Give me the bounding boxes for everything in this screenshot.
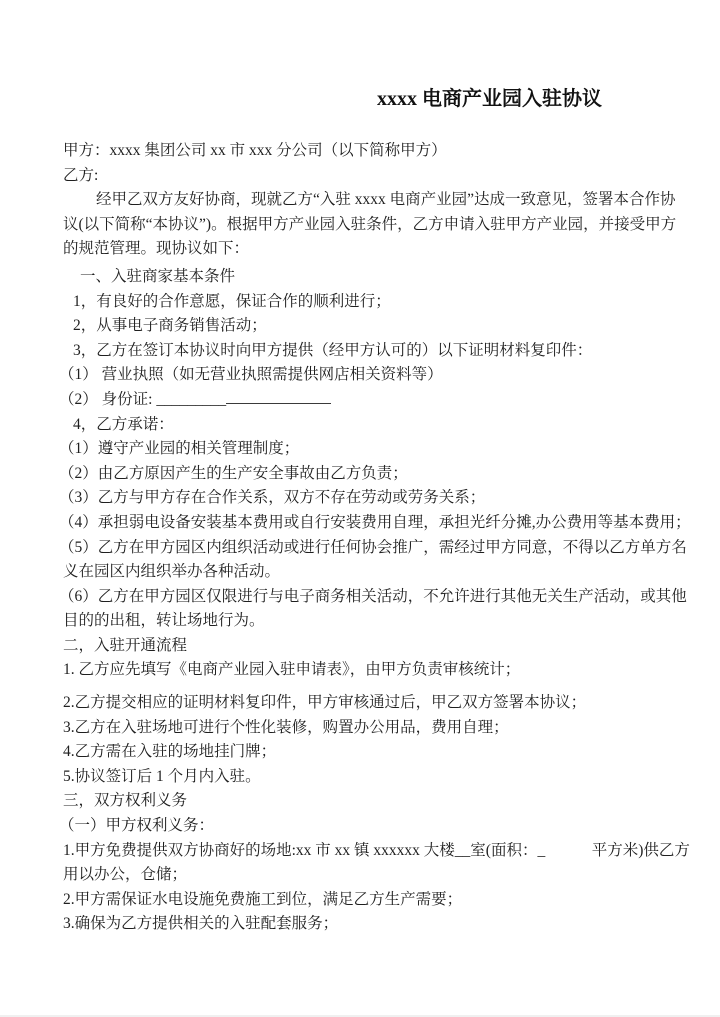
list-item: 3.确保为乙方提供相关的入驻配套服务；	[63, 912, 680, 937]
id-card-line: （2） 身份证: _________	[59, 388, 680, 413]
list-subitem: （1） 营业执照（如无营业执照需提供网店相关资料等）	[59, 363, 680, 388]
section-1-heading: 一、入驻商家基本条件	[63, 265, 680, 290]
document-page: xxxx 电商产业园入驻协议 甲方：xxxx 集团公司 xx 市 xxx 分公司…	[0, 0, 720, 937]
id-card-underscores: _________	[156, 391, 226, 408]
document-body: 甲方：xxxx 集团公司 xx 市 xxx 分公司（以下简称甲方） 乙方: 经甲…	[63, 139, 680, 937]
preamble-line: 议(以下简称“本协议”)。根据甲方产业园入驻条件，乙方申请入驻甲方产业园，并接受…	[63, 213, 680, 238]
list-subitem-cont: 目的的出租，转让场地行为。	[63, 609, 680, 634]
preamble-line: 经甲乙双方友好协商，现就乙方“入驻 xxxx 电商产业园”达成一致意见，签署本合…	[63, 188, 680, 213]
list-subitem-cont: 义在园区内组织举办各种活动。	[63, 560, 680, 585]
preamble-line: 的规范管理。现协议如下：	[63, 237, 680, 262]
party-a-line: 甲方：xxxx 集团公司 xx 市 xxx 分公司（以下简称甲方）	[63, 139, 680, 164]
subsection-heading: （一）甲方权利义务：	[59, 814, 680, 839]
list-item: 4，乙方承诺：	[63, 413, 680, 438]
list-subitem: （1）遵守产业园的相关管理制度；	[59, 437, 680, 462]
list-subitem: （6）乙方在甲方园区仅限进行与电子商务相关活动，不允许进行其他无关生产活动，或其…	[59, 585, 680, 610]
list-item: 2.甲方需保证水电设施免费施工到位，满足乙方生产需要；	[63, 888, 680, 913]
list-subitem: （5）乙方在甲方园区内组织活动或进行任何协会推广，需经过甲方同意，不得以乙方单方…	[59, 536, 680, 561]
party-b-line: 乙方:	[63, 164, 680, 189]
list-item: 5.协议签订后 1 个月内入驻。	[63, 765, 680, 790]
list-item: 2.乙方提交相应的证明材料复印件，甲方审核通过后，甲乙双方签署本协议；	[63, 691, 680, 716]
list-item: 1.甲方免费提供双方协商好的场地:xx 市 xx 镇 xxxxxx 大楼__室(…	[63, 839, 680, 864]
signature-line	[226, 388, 331, 404]
list-item: 2，从事电子商务销售活动；	[63, 314, 680, 339]
list-item: 3.乙方在入驻场地可进行个性化装修，购置办公用品，费用自理；	[63, 716, 680, 741]
section-2-heading: 二，入驻开通流程	[63, 634, 680, 659]
list-subitem: （4）承担弱电设备安装基本费用或自行安装费用自理，承担光纤分摊,办公费用等基本费…	[59, 511, 680, 536]
list-item-cont: 用以办公，仓储；	[63, 863, 680, 888]
list-item: 4.乙方需在入驻的场地挂门牌；	[63, 740, 680, 765]
list-item: 1，有良好的合作意愿，保证合作的顺利进行；	[63, 290, 680, 315]
list-subitem: （2）由乙方原因产生的生产安全事故由乙方负责；	[59, 462, 680, 487]
list-item: 1. 乙方应先填写《电商产业园入驻申请表》，由甲方负责审核统计；	[63, 658, 680, 683]
document-title: xxxx 电商产业园入驻协议	[299, 86, 680, 112]
section-3-heading: 三，双方权利义务	[63, 789, 680, 814]
list-item: 3，乙方在签订本协议时向甲方提供（经甲方认可的）以下证明材料复印件：	[63, 339, 680, 364]
list-subitem: （3）乙方与甲方存在合作关系，双方不存在劳动或劳务关系；	[59, 486, 680, 511]
id-card-label: （2） 身份证:	[59, 391, 156, 408]
